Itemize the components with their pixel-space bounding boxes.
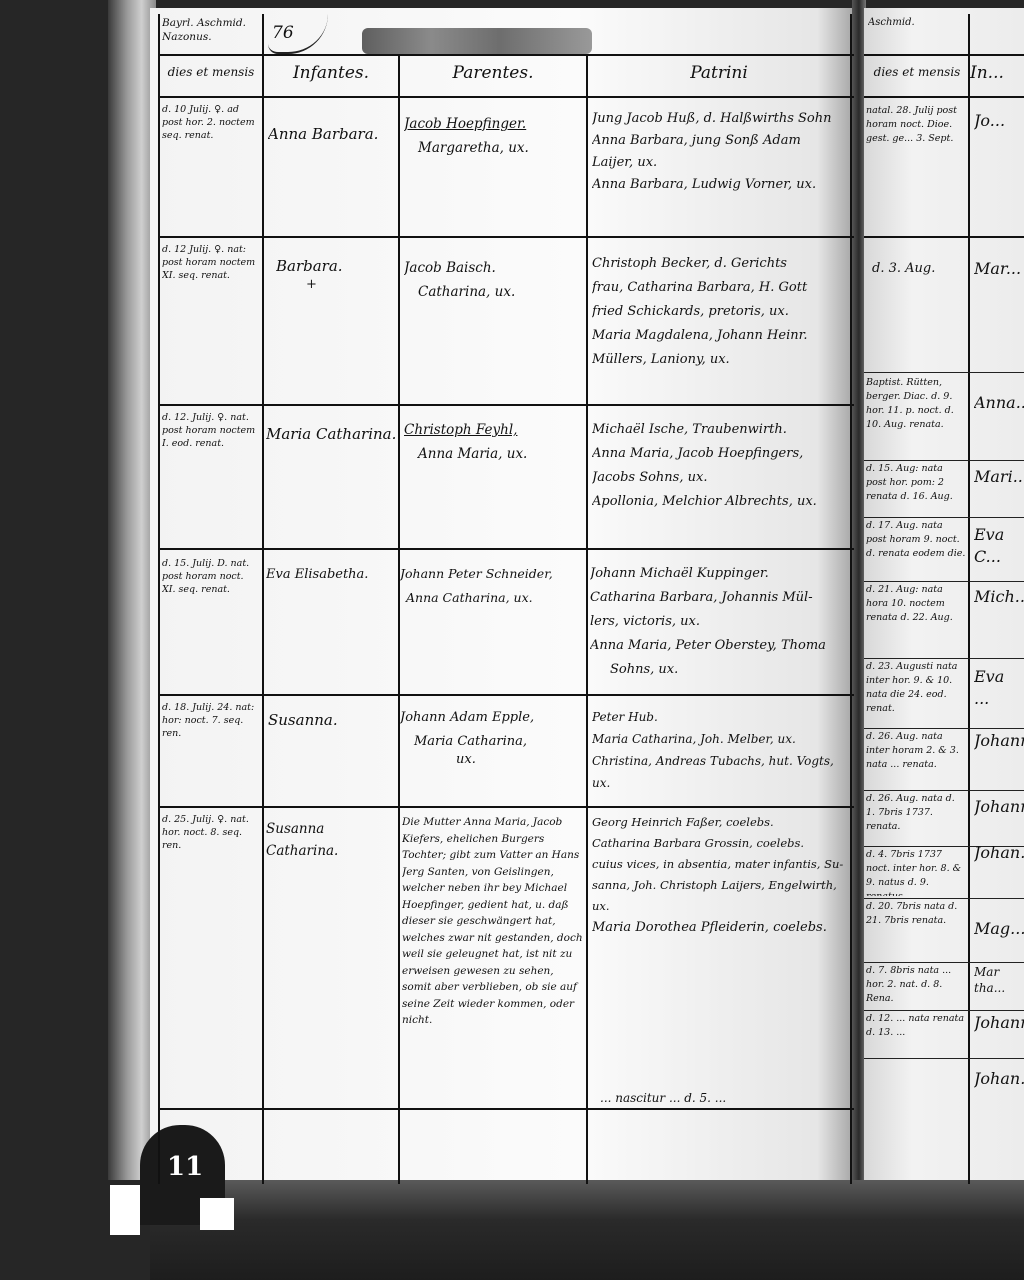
entry-godparent: Anna Barbara, Ludwig Vorner, ux.: [592, 174, 848, 196]
right-row-rule: [864, 790, 1024, 791]
entry-godparent: Maria Dorothea Pfleiderin, coelebs.: [592, 917, 848, 938]
entry-godparent: Peter Hub.: [592, 706, 848, 728]
entry-godparent: fried Schickards, pretoris, ux.: [592, 300, 848, 324]
entry-mother: Anna Catharina, ux.: [400, 586, 584, 610]
entry-godparent: Catharina Barbara Grossin, coelebs.: [592, 833, 848, 854]
right-entry-date: Baptist. Rütten, berger. Diac. d. 9. hor…: [866, 376, 966, 458]
right-row-rule: [864, 898, 1024, 899]
page-number: 76: [272, 22, 312, 45]
right-entry-infant: Johan...: [974, 1068, 1024, 1090]
right-entry-infant: Johann...: [974, 1012, 1024, 1034]
right-row-rule: [864, 581, 1024, 582]
corner-note: Bayrl. Aschmid. Nazonus.: [162, 16, 258, 52]
entry-godparent: lers, victoris, ux.: [590, 610, 848, 634]
entry-infant: Eva Elisabetha.: [266, 566, 398, 584]
column-rule: [398, 54, 400, 1184]
entry-godparent: Michaël Ische, Traubenwirth.: [592, 418, 848, 442]
entry-godparent: Anna Maria, Peter Oberstey, Thoma: [590, 634, 848, 658]
right-entry-infant: Johan...: [974, 842, 1024, 864]
right-row-rule: [864, 517, 1024, 518]
column-header-infantes: Infantes.: [264, 62, 398, 85]
entry-godparent: Sohns, ux.: [590, 658, 848, 682]
right-header-top-rule: [864, 54, 1024, 56]
right-entry-date: d. 15. Aug: nata post hor. pom: 2 renata…: [866, 462, 966, 516]
right-entry-infant: Mari...: [974, 466, 1024, 488]
right-column-rule: [968, 14, 970, 1184]
right-entry-date: d. 7. 8bris nata ... hor. 2. nat. d. 8. …: [866, 964, 966, 1008]
right-entry-date: d. 26. Aug. nata inter horam 2. & 3. nat…: [866, 730, 966, 788]
paper-tab: [110, 1185, 140, 1235]
right-entry-date: d. 12. ... nata renata d. 13. ...: [866, 1012, 966, 1056]
entry-godparent: Johann Michaël Kuppinger.: [590, 562, 848, 586]
entry-father: Christoph Feyhl,: [404, 418, 584, 442]
entry-godparent: Anna Maria, Jacob Hoepfingers,: [592, 442, 848, 466]
right-row-rule: [864, 460, 1024, 461]
entry-godparent: frau, Catharina Barbara, H. Gott: [592, 276, 848, 300]
entry-godparent: Christoph Becker, d. Gerichts: [592, 252, 848, 276]
entry-infant: Susanna.: [268, 710, 396, 730]
column-rule: [850, 14, 852, 1184]
right-entry-infant: Eva C...: [974, 524, 1024, 567]
entry-date: d. 12. Julij. ♀. nat. post horam noctem …: [162, 412, 260, 450]
entry-godparent: Georg Heinrich Faßer, coelebs.: [592, 812, 848, 833]
right-entry-date: d. 20. 7bris nata d. 21. 7bris renata.: [866, 900, 966, 960]
column-rule: [262, 14, 264, 1184]
entry-godparent: ux.: [592, 896, 848, 917]
entry-godparent: Jacobs Sohns, ux.: [592, 466, 848, 490]
right-entry-infant: Mag...: [974, 918, 1024, 940]
right-entry-infant: Jo...: [974, 110, 1024, 132]
entry-parents-note: Die Mutter Anna Maria, Jacob Kiefers, eh…: [402, 814, 584, 1104]
footer-note: ... nascitur ... d. 5. ...: [600, 1090, 840, 1106]
entry-father: Jacob Hoepfinger.: [404, 112, 584, 136]
entry-father: Johann Adam Epple,: [400, 706, 584, 730]
entry-godparent: Maria Magdalena, Johann Heinr.: [592, 324, 848, 348]
right-row-rule: [864, 658, 1024, 659]
blotted-heading: [362, 28, 592, 54]
right-entry-infant: Johann...: [974, 796, 1024, 818]
right-entry-date: natal. 28. Julij post horam noct. Dioe. …: [866, 104, 966, 146]
entry-godparent: Anna Barbara, jung Sonß Adam: [592, 130, 848, 152]
entry-godparent: Jung Jacob Huß, d. Halßwirths Sohn: [592, 108, 848, 130]
right-row-rule: [864, 1058, 1024, 1059]
right-row-rule: [864, 1010, 1024, 1011]
entry-godparent: cuius vices, in absentia, mater infantis…: [592, 854, 848, 875]
entry-infant: Susanna Catharina.: [266, 818, 396, 862]
right-entry-date: d. 4. 7bris 1737 noct. inter hor. 8. & 9…: [866, 848, 966, 896]
right-column-header-infantes: In...: [970, 62, 1024, 85]
entry-godparent: Apollonia, Melchior Albrechts, ux.: [592, 490, 848, 514]
entry-godparent: Laijer, ux.: [592, 152, 848, 174]
entry-father: Johann Peter Schneider,: [400, 562, 584, 586]
right-entry-infant: Anna...: [974, 392, 1024, 414]
right-column-header-dies: dies et mensis: [866, 64, 968, 80]
entry-godparent: Christina, Andreas Tubachs, hut. Vogts, …: [592, 750, 848, 794]
right-entry-infant: Eva ...: [974, 666, 1024, 709]
entry-mother: Margaretha, ux.: [404, 136, 584, 160]
right-entry-date: d. 17. Aug. nata post horam 9. noct. d. …: [866, 519, 966, 579]
right-row-rule: [864, 236, 1024, 238]
column-rule: [158, 14, 160, 1184]
page-bottom-shadow: [150, 1180, 1024, 1280]
entry-godparent: Catharina Barbara, Johannis Mül-: [590, 586, 848, 610]
right-row-rule: [864, 728, 1024, 729]
entry-date: d. 15. Julij. D. nat. post horam noct. X…: [162, 558, 260, 596]
right-entry-date: d. 21. Aug: nata hora 10. noctem renata …: [866, 583, 966, 655]
right-entry-date: d. 3. Aug.: [872, 262, 968, 276]
entry-godparent: Müllers, Laniony, ux.: [592, 348, 848, 372]
entry-infant: Maria Catharina.: [266, 424, 398, 444]
entry-mother: Catharina, ux.: [404, 280, 584, 304]
entry-godparent: sanna, Joh. Christoph Laijers, Engelwirt…: [592, 875, 848, 896]
entry-date: d. 25. Julij. ♀. nat. hor. noct. 8. seq.…: [162, 814, 260, 852]
column-header-dies: dies et mensis: [160, 64, 262, 80]
right-row-rule: [864, 962, 1024, 963]
right-entry-infant: Johann...: [974, 730, 1024, 752]
entry-date: d. 18. Julij. 24. nat: hor: noct. 7. seq…: [162, 702, 260, 740]
right-entry-date: d. 23. Augusti nata inter hor. 9. & 10. …: [866, 660, 966, 726]
column-rule: [586, 54, 588, 1184]
entry-infant: Anna Barbara.: [268, 124, 396, 144]
entry-mother: Anna Maria, ux.: [404, 442, 584, 466]
right-entry-infant: Mar...: [974, 258, 1024, 280]
right-entry-infant: Mich...: [974, 586, 1024, 608]
right-row-rule: [864, 372, 1024, 373]
entry-date: d. 10 Julij. ♀. ad post hor. 2. noctem s…: [162, 104, 260, 142]
right-entry-infant: Mar tha...: [974, 964, 1024, 996]
column-header-patrini: Patrini: [588, 62, 850, 85]
thumb-mark: 11: [167, 1152, 189, 1182]
paper-tab: [200, 1198, 234, 1230]
column-header-parentes: Parentes.: [400, 62, 586, 85]
book-binding-edge: [108, 0, 156, 1180]
deceased-cross-mark: +: [276, 276, 396, 294]
right-entry-date: d. 26. Aug. nata d. 1. 7bris 1737. renat…: [866, 792, 966, 844]
right-header-bottom-rule: [864, 96, 1024, 98]
entry-infant: Barbara.: [276, 256, 396, 276]
entry-father: Jacob Baisch.: [404, 256, 584, 280]
entry-godparent: Maria Catharina, Joh. Melber, ux.: [592, 728, 848, 750]
entry-date: d. 12 Julij. ♀. nat: post horam noctem X…: [162, 244, 260, 282]
right-corner-note: Aschmid.: [868, 16, 964, 30]
